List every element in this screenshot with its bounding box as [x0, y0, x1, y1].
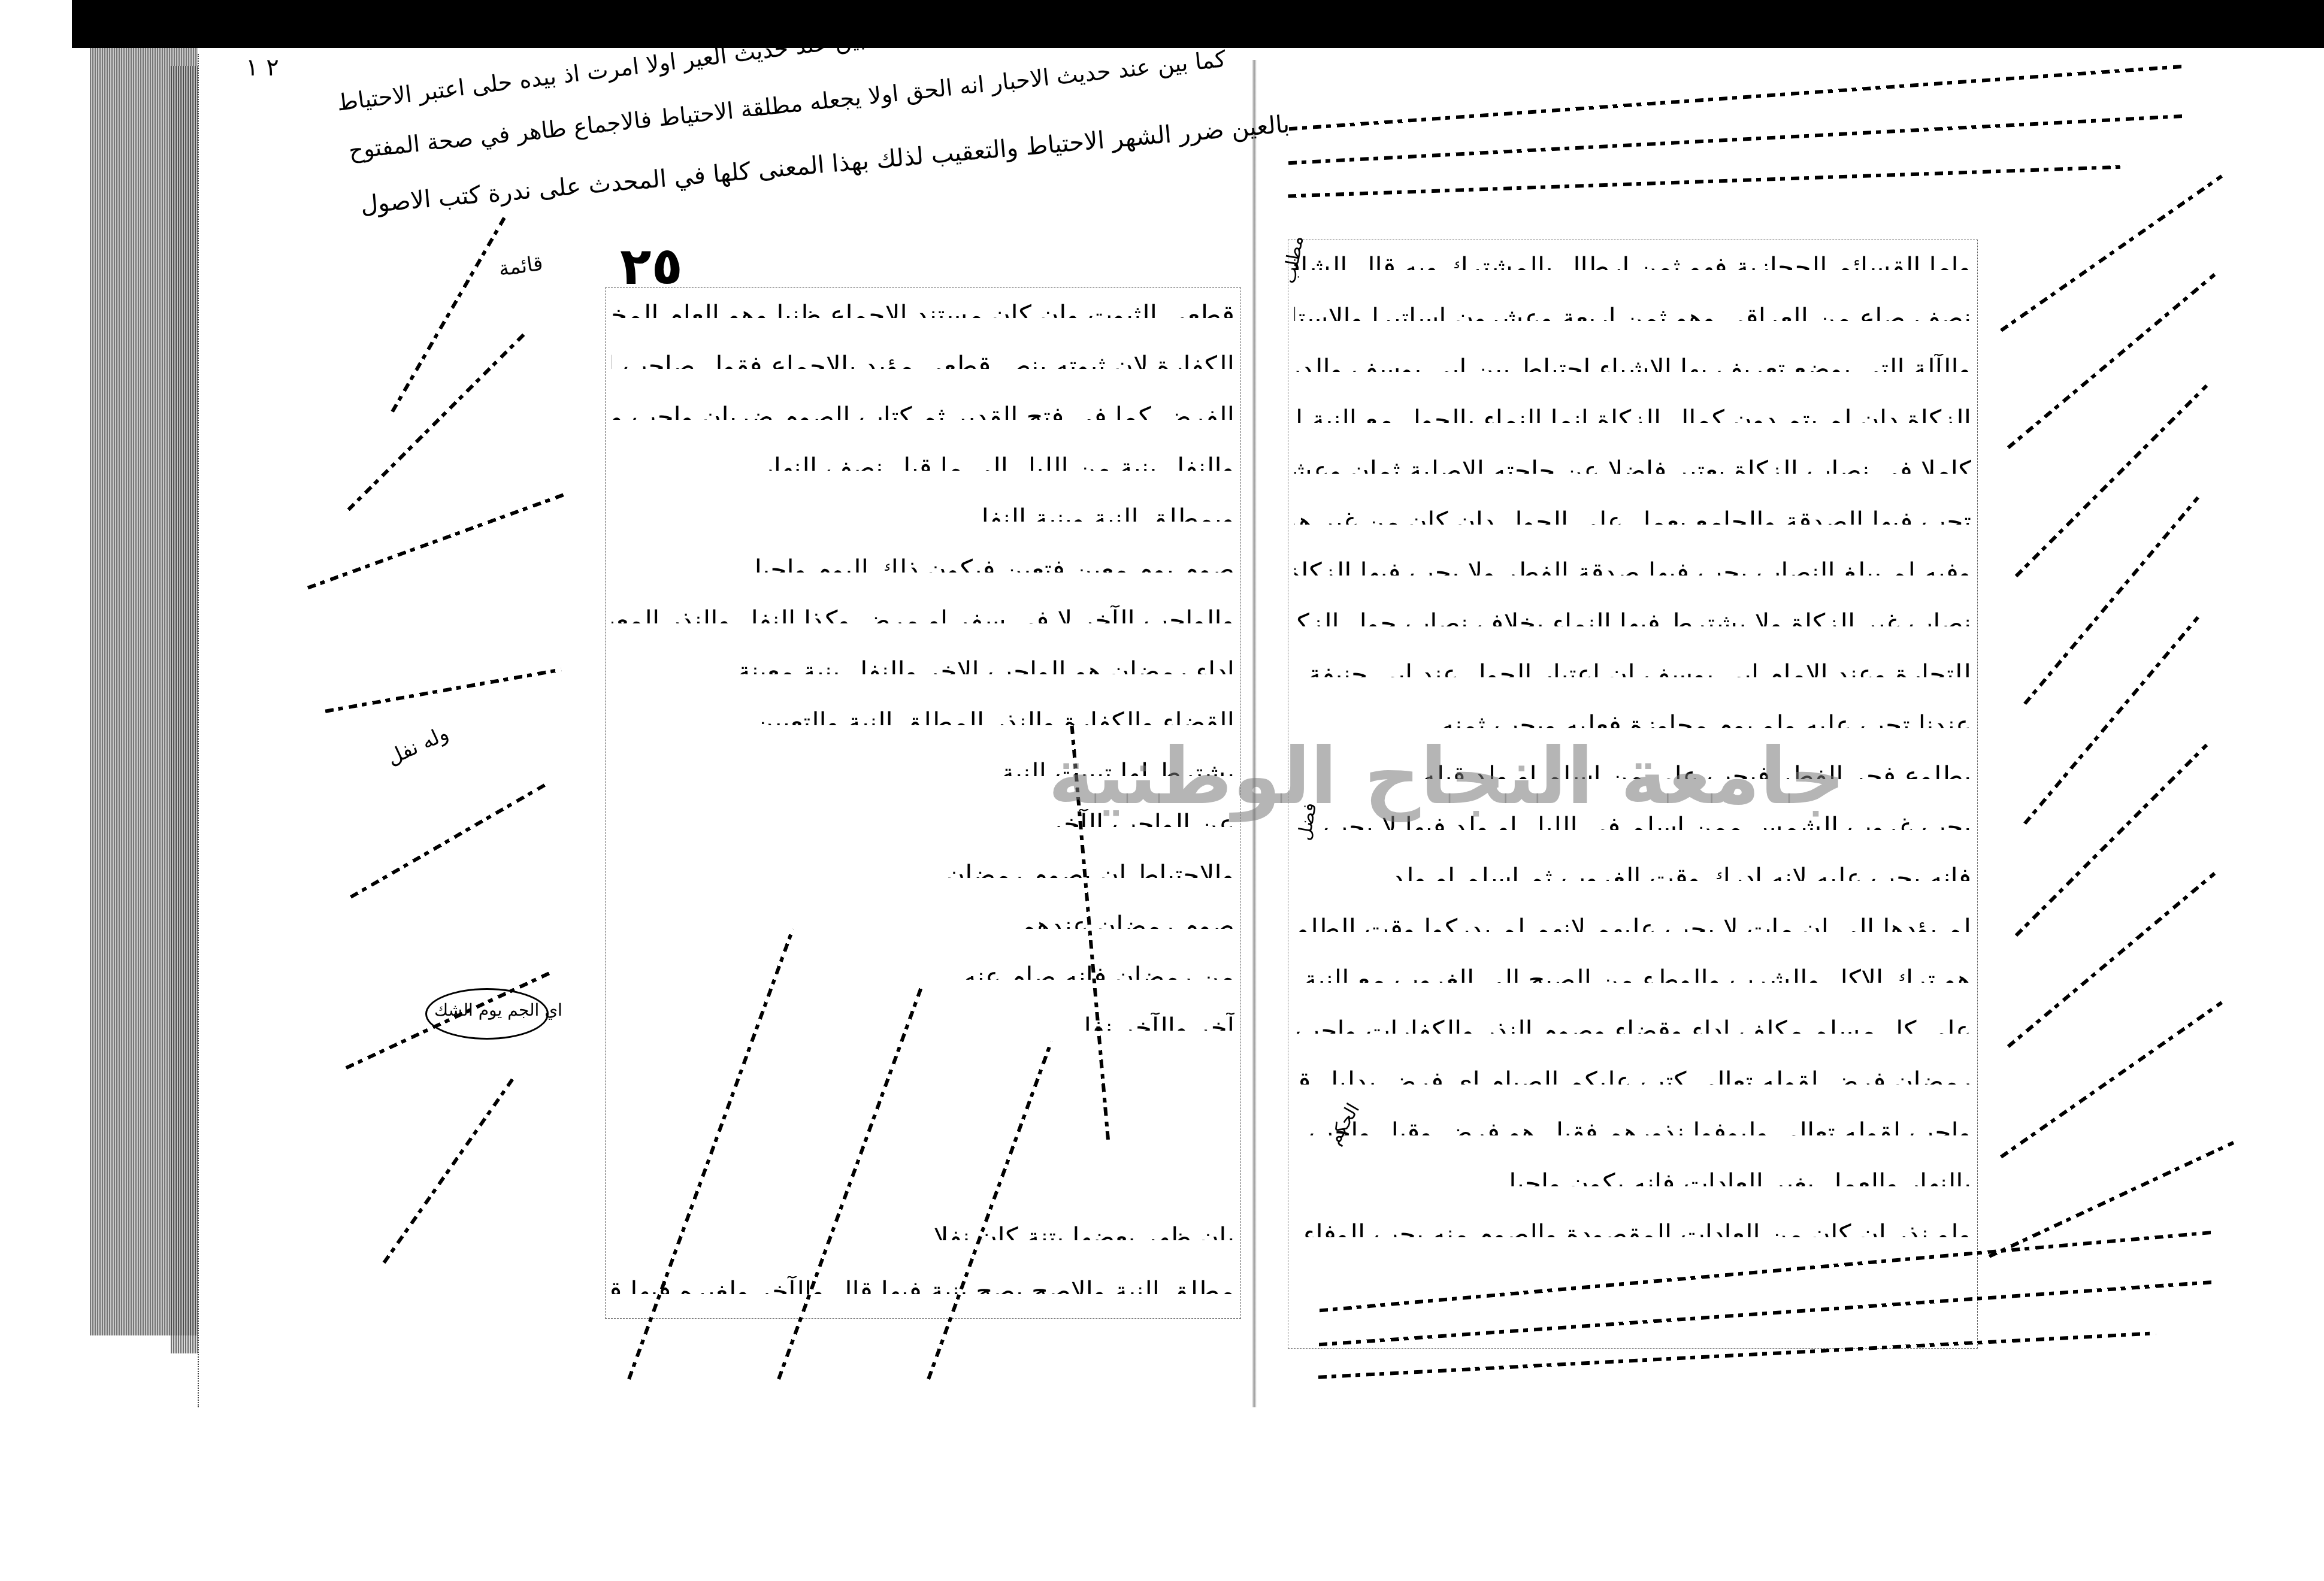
left-text-line: صوم رمضان عندهم — [612, 911, 1234, 929]
left-text-line: والاحتياط ان يصوم رمضان — [612, 860, 1234, 878]
corner-folio-marks: ٢ ١ — [246, 54, 279, 81]
oval-annotation-text: اي الجم يوم الشك — [434, 1000, 562, 1020]
left-text-line: قطعي الثبوت وان كان مستند الاجماع ظنيا و… — [612, 300, 1234, 318]
right-text-line: تجب فيها الصدقة والجامع يعمل على الحول د… — [1294, 507, 1971, 525]
right-text-line: والآلة التي يوضع تعريف بها الاشياء احتيا… — [1294, 354, 1971, 372]
left-text-line: الكفارة لان ثبوته بنص قطعي مؤيد بالاجماع… — [612, 351, 1234, 369]
scanner-edge-band — [72, 0, 2324, 48]
right-text-line: لم يؤدها الى ان مات لا يجب عليهم لانهم ل… — [1294, 914, 1971, 932]
left-text-line: آخر والآخر نفل — [612, 1013, 1234, 1031]
right-text-line: نصاب غير الزكاة ولا يشترط فيها النماء بخ… — [1294, 608, 1971, 626]
left-text-line: والنفل بنية من الليل الى ما قبل نصف النه… — [612, 453, 1234, 471]
right-text-line: فانه يجب عليه لانه ادرك وقت الغروب ثم اس… — [1294, 863, 1971, 881]
left-text-line: الفرض كما في فتح القدير ثم كتاب الصوم ضر… — [612, 402, 1234, 420]
book-edge-shadow-inner — [171, 66, 201, 1353]
right-text-line: كاملا في نصاب الزكاة يعتبر فاضلا عن حاجت… — [1294, 456, 1971, 474]
right-text-line: للتجارة وعند الامام ابي يوسف ان اعتبار ا… — [1294, 659, 1971, 677]
left-text-line: مطلق النية والاصح يصح بنية فيها قال والآ… — [612, 1276, 1234, 1294]
right-text-line: عندنا تجب عليه ولو يوم مجاوزة فعليه ويجب… — [1294, 710, 1971, 728]
right-text-line: ولو نذر ان كان من العادات المقصودة والصو… — [1294, 1219, 1971, 1237]
right-text-line: على كل مسلم مكلف اداء وقضاء وصوم النذر و… — [1294, 1016, 1971, 1034]
left-text-line: والواجب الآخر لا في سفر او مرض وكذا النف… — [612, 605, 1234, 623]
right-text-line: واجب لقوله تعالى وليوفوا نذورهم فقيل هو … — [1294, 1117, 1971, 1135]
left-text-line: القضاء والكفارة والنذر المطلق النية والت… — [612, 707, 1234, 725]
right-text-line: رمضان فرض لقوله تعالى كتب عليكم الصيام ا… — [1294, 1067, 1971, 1085]
right-text-line: واما القسائم الحجازية فهو ثمن ارطال بالم… — [1294, 252, 1971, 270]
right-text-line: هو ترك الاكل والشرب والوطء من الصبح الى … — [1294, 965, 1971, 983]
left-text-line: وبمطلق النية وبنية النفل — [612, 504, 1234, 522]
right-text-line: وفيه لم يبلغ النصاب يجب فيها صدقة الفطر … — [1294, 558, 1971, 576]
right-text-line: الزكاة دان لم يتم دون كمال الزكاة انما ا… — [1294, 405, 1971, 423]
right-text-line: نصف صاع من العراقي وهو ثمن اربعة وعشرون … — [1294, 303, 1971, 321]
left-text-line: صوم يوم معين فتعين فيكون ذلك اليوم واجبا — [612, 555, 1234, 573]
left-text-line: من رمضان فانه صام عنه — [612, 962, 1234, 980]
library-watermark: جامعة النجاح الوطنية — [1048, 731, 1845, 822]
left-text-line: اداء رمضان هو الواجب الاخر والنفل بنية م… — [612, 656, 1234, 674]
left-text-line: بان ظهر بعضها بتنة كان نفلا — [612, 1222, 1234, 1240]
right-text-line: بالنهار والعمل بغير العادات فانه يكون وا… — [1294, 1168, 1971, 1186]
